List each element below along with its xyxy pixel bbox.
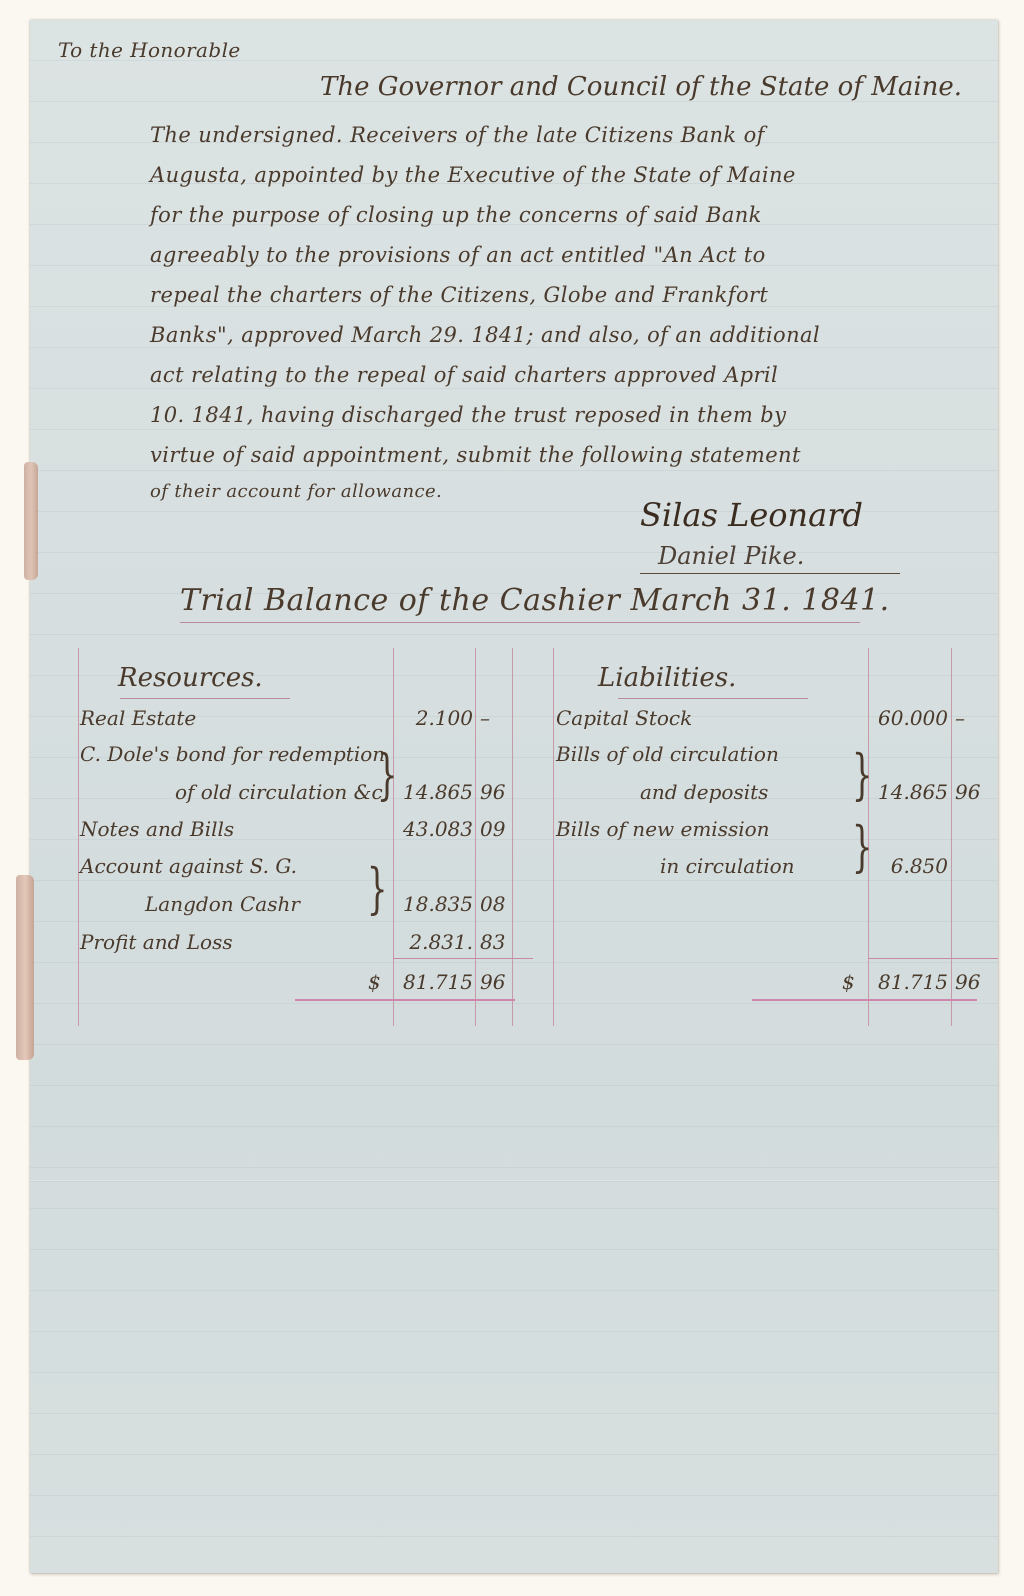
salutation: To the Honorable [58, 38, 241, 62]
resource-cents: 09 [480, 817, 505, 841]
liability-label: Bills of new emission [556, 817, 770, 841]
liability-label: Bills of old circulation [556, 742, 779, 766]
signature-daniel-pike: Daniel Pike. [658, 542, 804, 570]
trial-balance-title: Trial Balance of the Cashier March 31. 1… [180, 583, 890, 618]
resource-cents: 08 [480, 892, 505, 916]
addressee: The Governor and Council of the State of… [320, 72, 962, 102]
liability-label: Capital Stock [556, 706, 692, 730]
resources-total-cents: 96 [480, 970, 505, 994]
liability-label: in circulation [660, 854, 795, 878]
resource-label: Account against S. G. [80, 854, 297, 878]
liabilities-heading: Liabilities. [598, 663, 736, 693]
resource-label: Profit and Loss [80, 930, 233, 954]
resource-dollars: 18.835 [395, 892, 473, 916]
body-line: agreeably to the provisions of an act en… [150, 243, 766, 267]
body-line: repeal the charters of the Citizens, Glo… [150, 283, 768, 307]
body-line: for the purpose of closing up the concer… [150, 203, 762, 227]
liabilities-heading-underline [618, 698, 808, 699]
ruling-res-dollars [393, 648, 394, 1026]
paper-fold [30, 1180, 998, 1182]
body-line: Augusta, appointed by the Executive of t… [150, 163, 796, 187]
resources-heading-underline [120, 698, 290, 699]
resource-cents: 96 [480, 780, 505, 804]
liability-cents: – [955, 706, 965, 730]
resource-cents: 83 [480, 930, 505, 954]
resource-label: Real Estate [80, 706, 196, 730]
liabilities-total-dollars: 81.715 [870, 970, 948, 994]
resource-label: Langdon Cashr [145, 892, 300, 916]
signature-silas-leonard: Silas Leonard [640, 496, 863, 534]
signature-rule [640, 573, 900, 574]
sum-rule [868, 958, 998, 959]
manuscript-page: To the Honorable The Governor and Counci… [30, 20, 998, 1573]
sum-rule [393, 958, 533, 959]
resource-label: Notes and Bills [80, 817, 234, 841]
liabilities-total-symbol: $ [842, 970, 855, 994]
total-double-rule [752, 999, 977, 1001]
ruling-liab-left [553, 648, 554, 1026]
binding-ribbon [24, 462, 38, 580]
resource-label: of old circulation &c [175, 780, 383, 804]
liability-label: and deposits [640, 780, 768, 804]
body-line: 10. 1841, having discharged the trust re… [150, 403, 786, 427]
brace-icon: } [367, 862, 388, 916]
title-underline [180, 622, 860, 623]
total-double-rule [295, 999, 515, 1001]
body-line: virtue of said appointment, submit the f… [150, 443, 801, 467]
resource-dollars: 2.100 [395, 706, 473, 730]
body-line: The undersigned. Receivers of the late C… [150, 123, 765, 147]
resources-heading: Resources. [118, 663, 263, 693]
liability-dollars: 14.865 [870, 780, 948, 804]
resource-dollars: 43.083 [395, 817, 473, 841]
body-line: Banks", approved March 29. 1841; and als… [150, 323, 820, 347]
resource-label: C. Dole's bond for redemption [80, 742, 385, 766]
resource-cents: – [480, 706, 490, 730]
ruling-res-end [512, 648, 513, 1026]
ruling-res-cents [475, 648, 476, 1026]
liability-cents: 96 [955, 780, 980, 804]
liability-dollars: 6.850 [870, 854, 948, 878]
resource-dollars: 14.865 [395, 780, 473, 804]
ruling-liab-cents [951, 648, 952, 1026]
binding-ribbon [16, 875, 34, 1060]
resources-total-dollars: 81.715 [395, 970, 473, 994]
resources-total-symbol: $ [368, 970, 381, 994]
liabilities-total-cents: 96 [955, 970, 980, 994]
body-line: act relating to the repeal of said chart… [150, 363, 778, 387]
body-line: of their account for allowance. [150, 481, 442, 502]
liability-dollars: 60.000 [870, 706, 948, 730]
resource-dollars: 2.831. [395, 930, 473, 954]
ruling-left [78, 648, 79, 1026]
